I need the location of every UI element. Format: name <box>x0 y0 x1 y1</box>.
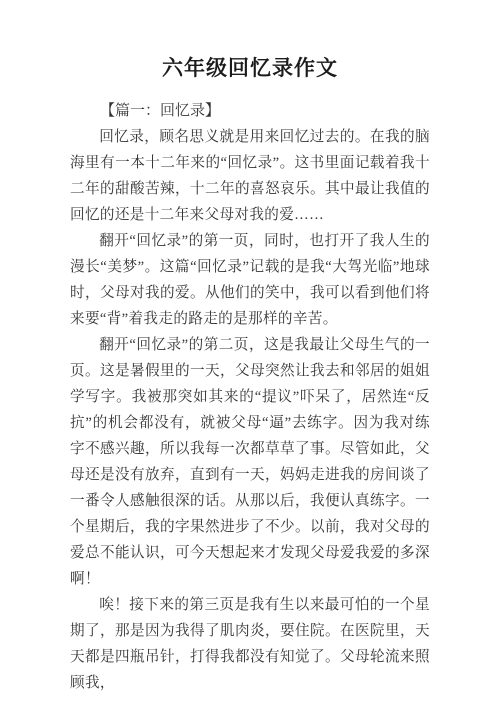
section-heading: 【篇一：回忆录】 <box>70 98 430 124</box>
document-content: 【篇一：回忆录】 回忆录，顾名思义就是用来回忆过去的。在我的脑海里有一本十二年来… <box>0 98 500 696</box>
essay-paragraph: 唉！接下来的第三页是我有生以来最可怕的一个星期了，那是因为我得了肌肉炎，要住院。… <box>70 592 430 696</box>
document-title: 六年级回忆录作文 <box>0 0 500 84</box>
document-page: 六年级回忆录作文 【篇一：回忆录】 回忆录，顾名思义就是用来回忆过去的。在我的脑… <box>0 0 500 707</box>
essay-paragraph: 回忆录，顾名思义就是用来回忆过去的。在我的脑海里有一本十二年来的“回忆录”。这书… <box>70 124 430 228</box>
essay-body: 回忆录，顾名思义就是用来回忆过去的。在我的脑海里有一本十二年来的“回忆录”。这书… <box>70 124 430 696</box>
essay-paragraph: 翻开“回忆录”的第二页，这是我最让父母生气的一页。这是暑假里的一天，父母突然让我… <box>70 332 430 592</box>
essay-paragraph: 翻开“回忆录”的第一页，同时，也打开了我人生的漫长“美梦”。这篇“回忆录”记载的… <box>70 228 430 332</box>
